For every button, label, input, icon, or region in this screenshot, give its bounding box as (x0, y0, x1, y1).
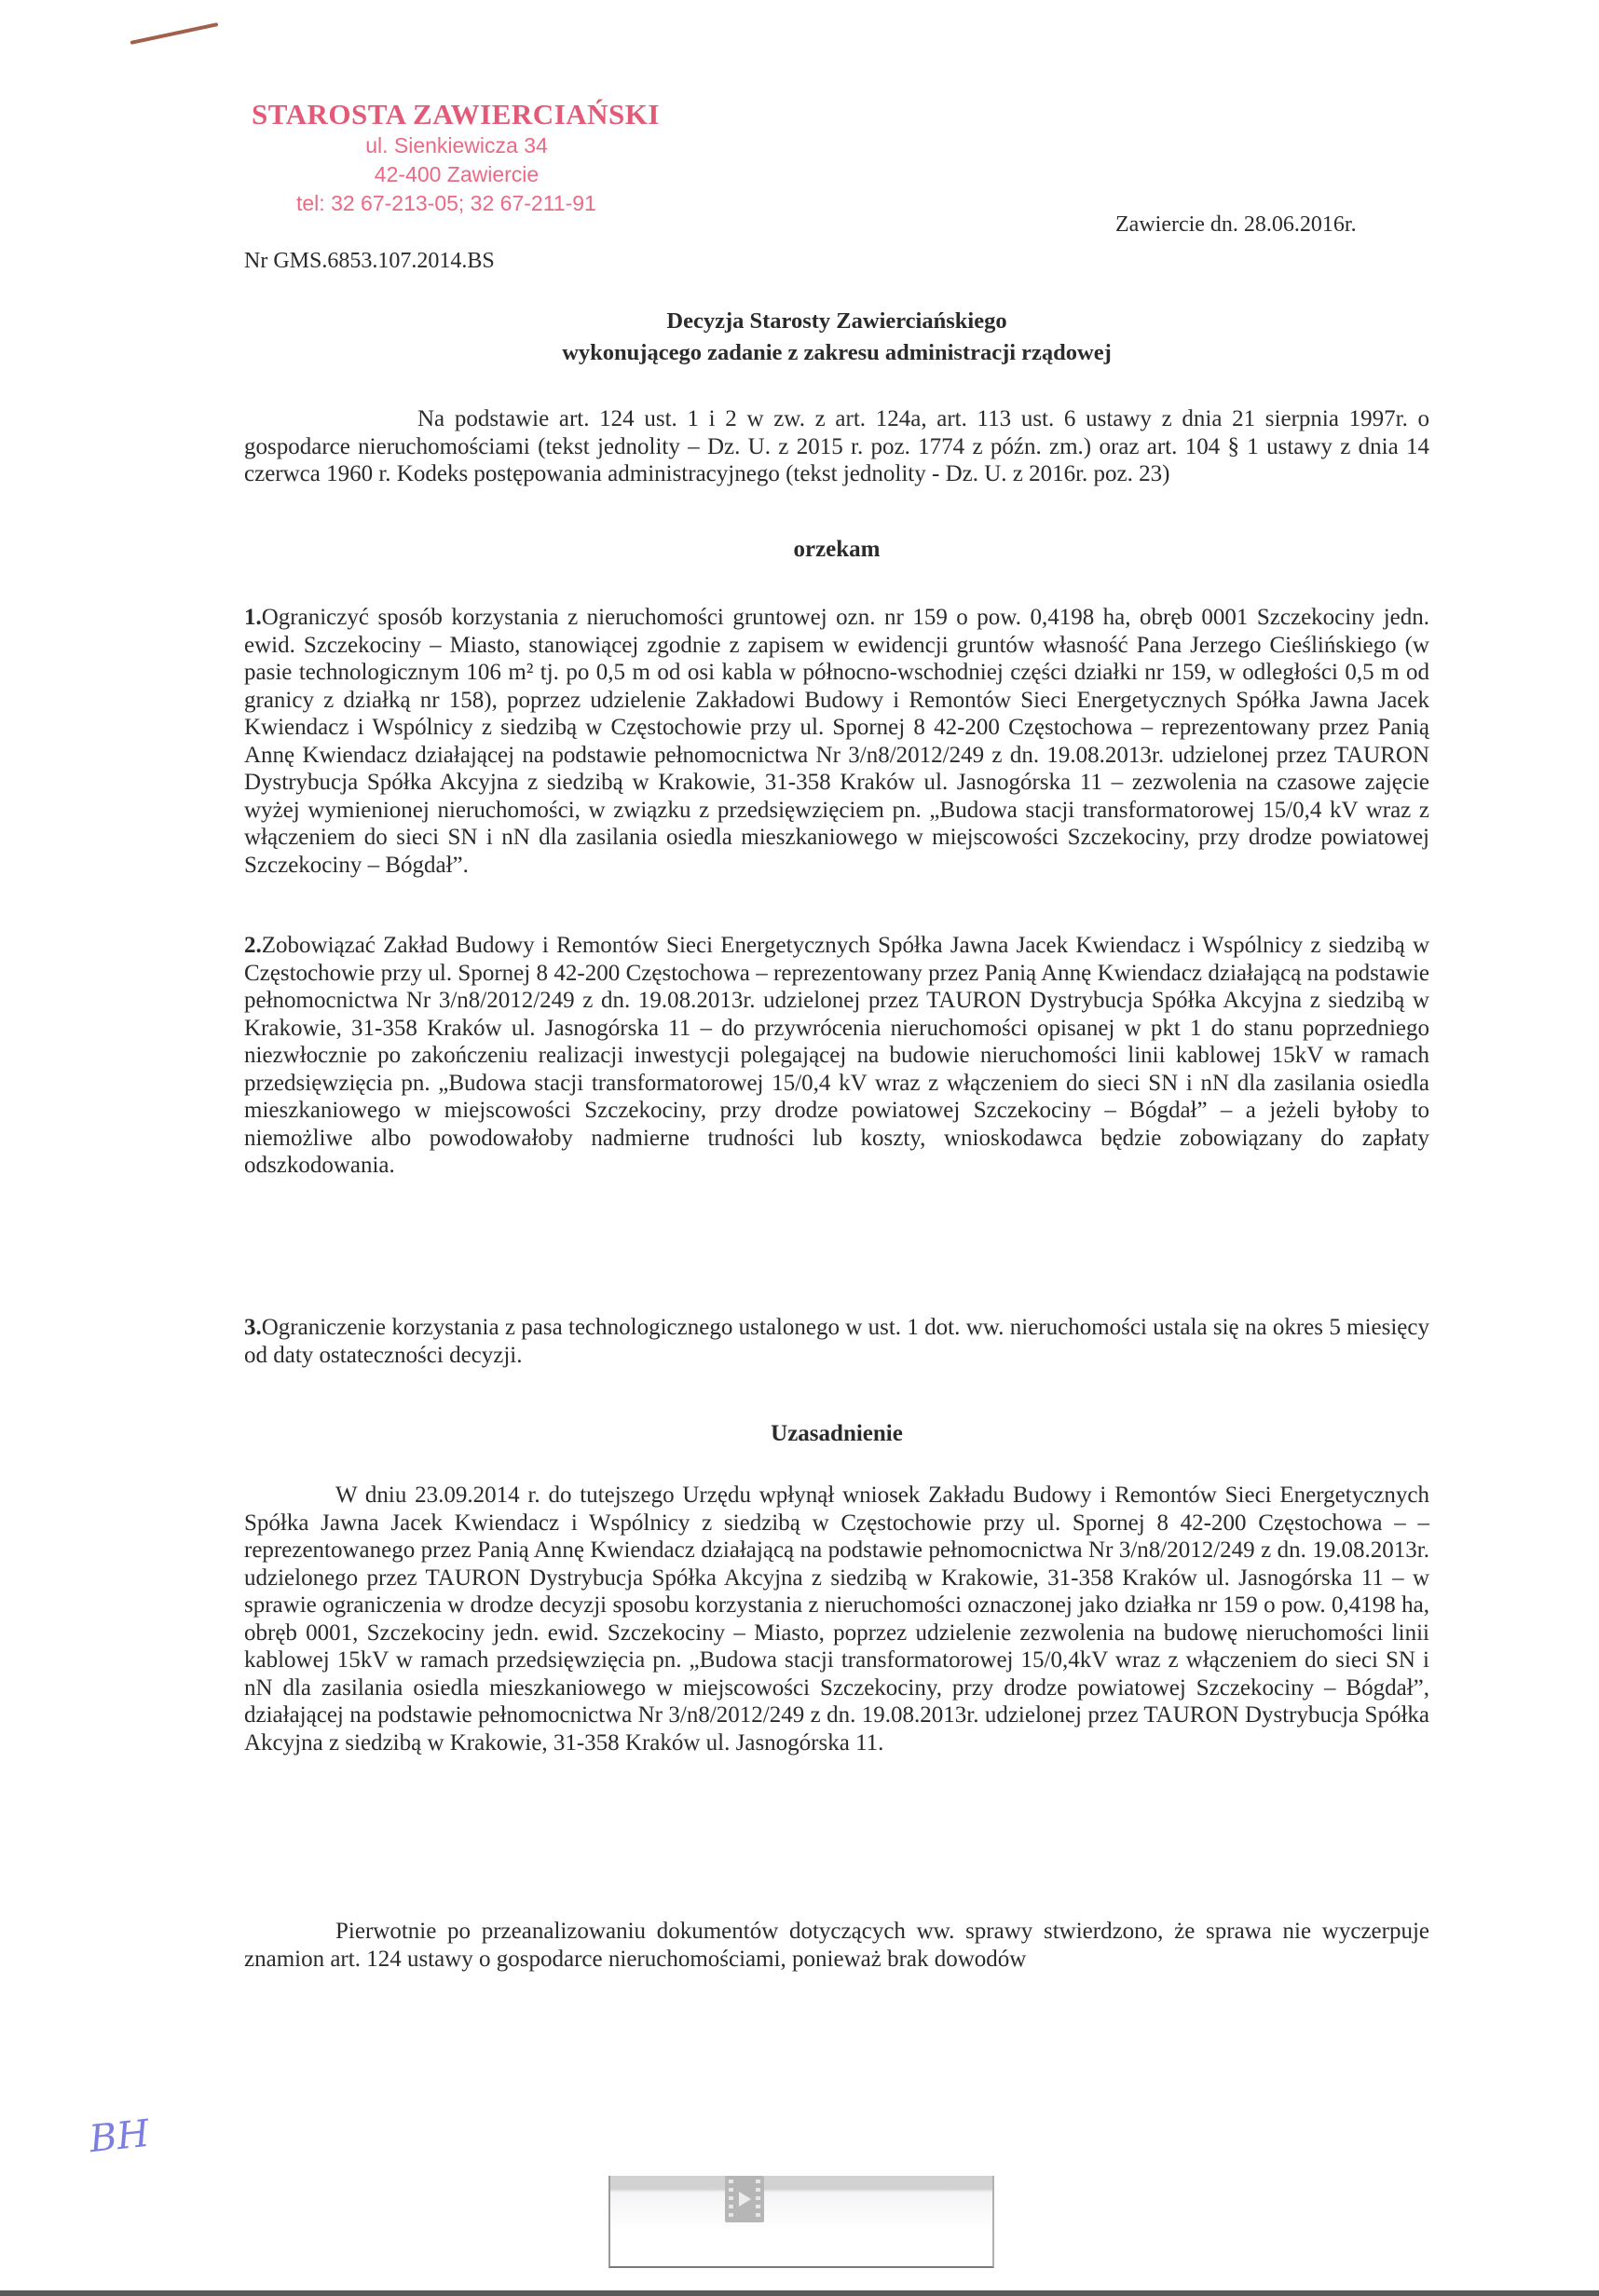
legal-basis-paragraph: Na podstawie art. 124 ust. 1 i 2 w zw. z… (244, 405, 1429, 488)
document-title: Decyzja Starosty Zawierciańskiego wykonu… (244, 306, 1429, 369)
ruling-heading: orzekam (244, 537, 1429, 563)
ruling-point-text: Zobowiązać Zakład Budowy i Remontów Siec… (244, 933, 1429, 1178)
ruling-point-text: Ograniczenie korzystania z pasa technolo… (244, 1315, 1429, 1368)
ruling-point-3: 3.Ograniczenie korzystania z pasa techno… (244, 1314, 1429, 1369)
title-line-1: Decyzja Starosty Zawierciańskiego (244, 306, 1429, 337)
ruling-point-text: Ograniczyć sposób korzystania z nierucho… (244, 605, 1429, 878)
scan-edge (0, 2290, 1599, 2296)
stamp-address-street: ul. Sienkiewicza 34 (252, 131, 662, 160)
office-stamp: STAROSTA ZAWIERCIAŃSKI ul. Sienkiewicza … (252, 98, 699, 218)
justification-paragraph-1: W dniu 23.09.2014 r. do tutejszego Urzęd… (244, 1482, 1429, 1756)
footer-graphic-box (608, 2176, 994, 2268)
title-line-2: wykonującego zadanie z zakresu administr… (244, 337, 1429, 369)
film-play-icon (725, 2176, 764, 2222)
ruling-point-number: 3. (244, 1315, 262, 1340)
stamp-title: STAROSTA ZAWIERCIAŃSKI (252, 98, 699, 131)
stamp-address-city: 42-400 Zawiercie (252, 160, 662, 189)
justification-heading: Uzasadnienie (244, 1421, 1429, 1447)
ruling-point-2: 2.Zobowiązać Zakład Budowy i Remontów Si… (244, 932, 1429, 1180)
scanned-document-page: STAROSTA ZAWIERCIAŃSKI ul. Sienkiewicza … (0, 0, 1599, 2296)
handwritten-initials: BH (88, 2112, 152, 2161)
justification-paragraph-2: Pierwotnie po przeanalizowaniu dokumentó… (244, 1918, 1429, 1973)
document-date: Zawiercie dn. 28.06.2016r. (1115, 212, 1357, 238)
ruling-point-number: 2. (244, 933, 262, 958)
reference-number: Nr GMS.6853.107.2014.BS (244, 249, 495, 274)
pen-mark (130, 22, 219, 45)
ruling-point-1: 1.Ograniczyć sposób korzystania z nieruc… (244, 604, 1429, 879)
stamp-phone: tel: 32 67-213-05; 32 67-211-91 (252, 189, 706, 218)
ruling-point-number: 1. (244, 605, 262, 630)
